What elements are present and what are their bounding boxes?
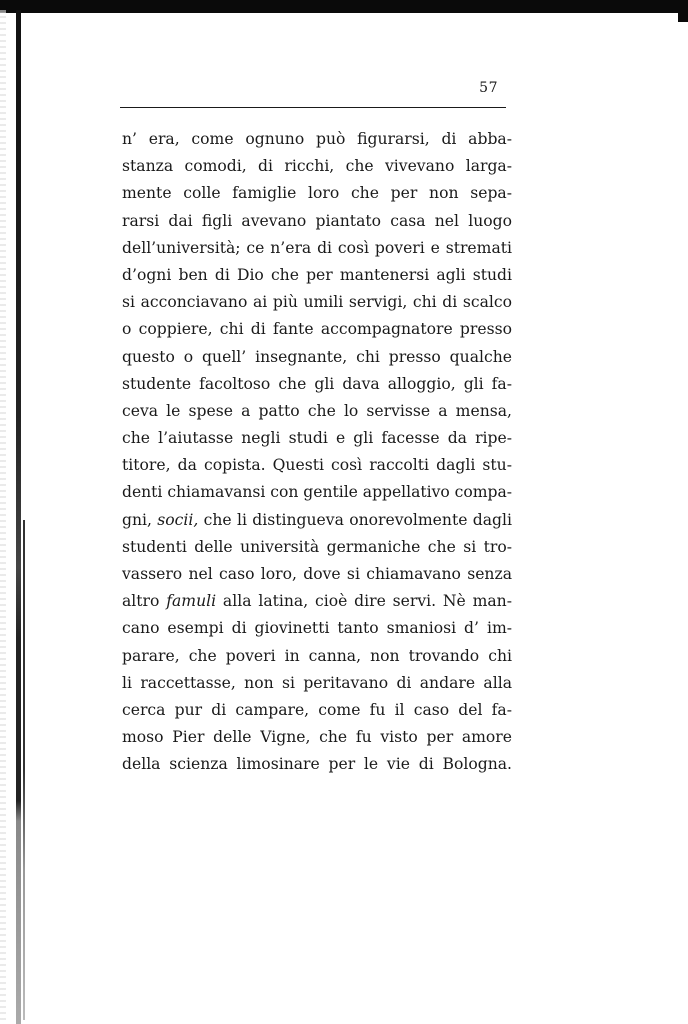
book-binding-edge-inner — [23, 520, 25, 1020]
text-line: studenti delle università germaniche che… — [122, 534, 512, 561]
text-line: questo o quell’ insegnante, chi presso q… — [122, 344, 512, 371]
text-line: o coppiere, chi di fante accompagnatore … — [122, 316, 512, 343]
text-line: che l’aiutasse negli studi e gli facesse… — [122, 425, 512, 452]
text-line: mente colle famiglie loro che per non se… — [122, 180, 512, 207]
text-line: dell’università; ce n’era di così poveri… — [122, 235, 512, 262]
header-rule — [120, 107, 506, 109]
text-line: della scienza limosinare per le vie di B… — [122, 751, 512, 778]
text-line: li raccettasse, non si peritavano di and… — [122, 670, 512, 697]
text-line-with-italic: gni, socii, che li distingueva onorevolm… — [122, 507, 512, 534]
text-line-with-italic: altro famuli alla latina, cioè dire serv… — [122, 588, 512, 615]
scan-corner-shadow — [678, 0, 688, 22]
text-segment: che li distingueva onorevolmente dagli — [198, 511, 512, 529]
text-line: denti chiamavansi con gentile appellativ… — [122, 479, 512, 506]
page-number: 57 — [479, 80, 498, 96]
text-line: vassero nel caso loro, dove si chiamavan… — [122, 561, 512, 588]
scan-top-border — [0, 0, 688, 13]
text-line: titore, da copista. Questi così raccolti… — [122, 452, 512, 479]
text-line: n’ era, come ognuno può figurarsi, di ab… — [122, 126, 512, 153]
text-line: studente facoltoso che gli dava alloggio… — [122, 371, 512, 398]
text-line: si acconciavano ai più umili servigi, ch… — [122, 289, 512, 316]
text-segment: alla latina, cioè dire servi. Nè man- — [216, 592, 512, 610]
text-line: ceva le spese a patto che lo servisse a … — [122, 398, 512, 425]
text-segment: gni, — [122, 511, 157, 529]
italic-term-socii: socii, — [157, 511, 198, 529]
text-line: d’ogni ben di Dio che per mantenersi agl… — [122, 262, 512, 289]
text-line: moso Pier delle Vigne, che fu visto per … — [122, 724, 512, 751]
scan-left-speckle — [0, 10, 6, 1024]
page-header: 57 — [120, 76, 506, 108]
text-line: cano esempi di giovinetti tanto smaniosi… — [122, 615, 512, 642]
book-binding-edge — [16, 10, 21, 1024]
text-line: parare, che poveri in canna, non trovand… — [122, 643, 512, 670]
text-line: stanza comodi, di ricchi, che vivevano l… — [122, 153, 512, 180]
text-segment: altro — [122, 592, 166, 610]
text-line: rarsi dai figli avevano piantato casa ne… — [122, 208, 512, 235]
italic-term-famuli: famuli — [166, 592, 216, 610]
text-line: cerca pur di campare, come fu il caso de… — [122, 697, 512, 724]
body-text: n’ era, come ognuno può figurarsi, di ab… — [122, 126, 512, 779]
